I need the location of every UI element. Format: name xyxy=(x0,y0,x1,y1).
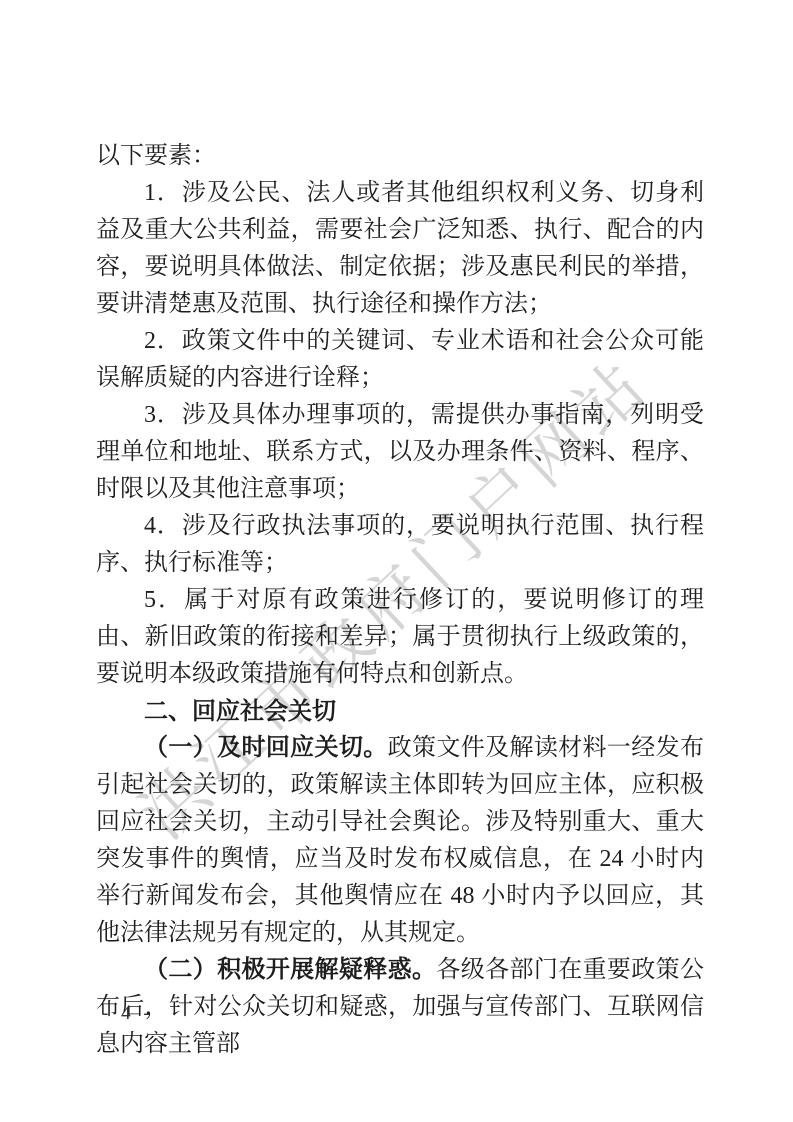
subsection-paragraph-1: （一）及时回应关切。政策文件及解读材料一经发布引起社会关切的，政策解读主体即转为… xyxy=(96,730,704,952)
numbered-item-4: 4．涉及行政执法事项的，要说明执行范围、执行程序、执行标准等； xyxy=(96,508,704,582)
document-page: 洪江市政府门户网站 以下要素： 1．涉及公民、法人或者其他组织权利义务、切身利益… xyxy=(0,0,793,1122)
section-heading: 二、回应社会关切 xyxy=(96,693,704,730)
page-number: - 4 - xyxy=(102,1003,154,1025)
subsection-paragraph-2: （二）积极开展解疑释惑。各级各部门在重要政策公布后，针对公众关切和疑惑，加强与宣… xyxy=(96,952,704,1063)
subsection-body-1: 政策文件及解读材料一经发布引起社会关切的，政策解读主体即转为回应主体，应积极回应… xyxy=(96,735,704,946)
numbered-item-2: 2．政策文件中的关键词、专业术语和社会公众可能误解质疑的内容进行诠释； xyxy=(96,323,704,397)
numbered-item-5: 5．属于对原有政策进行修订的，要说明修订的理由、新旧政策的衔接和差异；属于贯彻执… xyxy=(96,582,704,693)
document-body: 以下要素： 1．涉及公民、法人或者其他组织权利义务、切身利益及重大公共利益，需要… xyxy=(96,138,704,1063)
subsection-lead-2: （二）积极开展解疑释惑。 xyxy=(144,957,436,983)
subsection-lead-1: （一）及时回应关切。 xyxy=(144,735,388,761)
paragraph-intro: 以下要素： xyxy=(96,138,704,175)
numbered-item-1: 1．涉及公民、法人或者其他组织权利义务、切身利益及重大公共利益，需要社会广泛知悉… xyxy=(96,175,704,323)
numbered-item-3: 3．涉及具体办理事项的，需提供办事指南，列明受理单位和地址、联系方式，以及办理条… xyxy=(96,397,704,508)
